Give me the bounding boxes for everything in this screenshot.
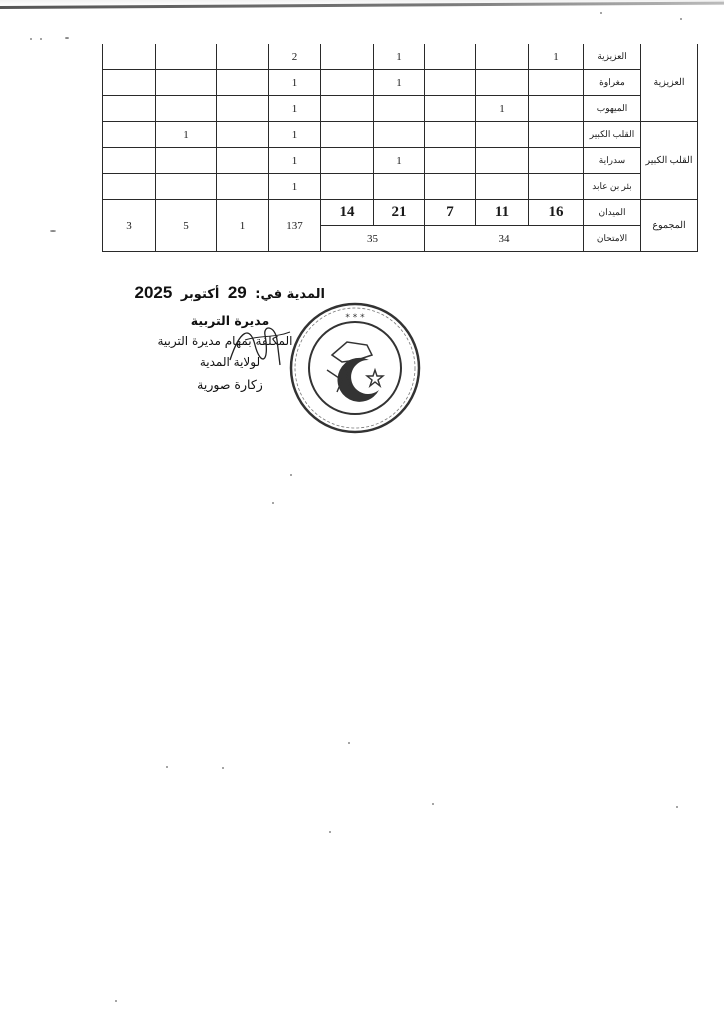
scan-speck [600, 12, 602, 14]
svg-text:* * *: * * * [345, 313, 365, 323]
field-total: 16 [529, 200, 584, 226]
cell [156, 44, 217, 70]
cell [156, 148, 217, 174]
cell [156, 174, 217, 200]
cell [217, 96, 269, 122]
scan-speck [50, 230, 56, 232]
table-row: 2 1 1 العزيزية العزيزية [103, 44, 698, 70]
cell: 1 [269, 148, 321, 174]
scan-speck [290, 474, 292, 476]
cell: 1 [269, 174, 321, 200]
cell [103, 148, 156, 174]
cell [529, 148, 584, 174]
cell: 1 [476, 96, 529, 122]
cell [103, 44, 156, 70]
table-row: 1 1 مغراوة [103, 70, 698, 96]
date-day: 29 [228, 283, 247, 302]
cell [529, 70, 584, 96]
cell [529, 96, 584, 122]
scan-speck [222, 767, 224, 769]
total-cell: 1 [217, 200, 269, 252]
signatory-name: زكارة صورية [160, 377, 300, 392]
cell [374, 122, 425, 148]
date-year: 2025 [134, 283, 172, 302]
exam-total: 34 [425, 226, 584, 252]
scan-speck [40, 38, 42, 40]
field-total: 14 [321, 200, 374, 226]
cell: 2 [269, 44, 321, 70]
cell [476, 44, 529, 70]
cell [217, 148, 269, 174]
date-month: أكتوبر [181, 287, 219, 302]
total-cell: 137 [269, 200, 321, 252]
municipality-name: بئر بن عابد [584, 174, 641, 200]
cell [529, 122, 584, 148]
cell [425, 148, 476, 174]
cell [425, 96, 476, 122]
cell [103, 174, 156, 200]
scan-speck [432, 803, 434, 805]
field-label: الميدان [584, 200, 641, 226]
cell: 1 [374, 148, 425, 174]
cell [156, 70, 217, 96]
cell [321, 148, 374, 174]
total-label: المجموع [641, 200, 698, 252]
field-total: 7 [425, 200, 476, 226]
municipality-name: الميهوب [584, 96, 641, 122]
cell [529, 174, 584, 200]
cell [476, 174, 529, 200]
cell [476, 148, 529, 174]
cell [425, 174, 476, 200]
field-total: 11 [476, 200, 529, 226]
cell: 1 [269, 70, 321, 96]
statistics-table: 2 1 1 العزيزية العزيزية 1 1 مغراوة 1 [102, 44, 698, 252]
cell [374, 96, 425, 122]
table-row: 1 1 الميهوب [103, 96, 698, 122]
municipality-name: مغراوة [584, 70, 641, 96]
scan-speck [329, 831, 331, 833]
cell [156, 96, 217, 122]
exam-label: الامتحان [584, 226, 641, 252]
table-row: 1 1 سدراية [103, 148, 698, 174]
cell [321, 44, 374, 70]
cell [321, 122, 374, 148]
scan-speck [166, 766, 168, 768]
total-cell: 5 [156, 200, 217, 252]
cell [217, 122, 269, 148]
cell: 1 [374, 44, 425, 70]
cell [321, 96, 374, 122]
cell: 1 [269, 96, 321, 122]
cell [321, 70, 374, 96]
cell [217, 174, 269, 200]
table-row: 1 1 القلب الكبير القلب الكبير [103, 122, 698, 148]
scan-speck [65, 37, 69, 39]
district-name: القلب الكبير [641, 122, 698, 200]
municipality-name: سدراية [584, 148, 641, 174]
handwritten-signature [225, 320, 295, 370]
cell [425, 70, 476, 96]
field-total: 21 [374, 200, 425, 226]
cell [217, 44, 269, 70]
exam-total: 35 [321, 226, 425, 252]
cell: 1 [156, 122, 217, 148]
cell [425, 44, 476, 70]
scan-speck [30, 38, 32, 40]
scan-speck [348, 742, 350, 744]
cell [103, 70, 156, 96]
cell [374, 174, 425, 200]
total-row-field: 3 5 1 137 14 21 7 11 16 الميدان المجموع [103, 200, 698, 226]
official-seal-icon: * * * [287, 300, 423, 436]
scan-speck [680, 18, 682, 20]
scan-speck [676, 806, 678, 808]
district-name: العزيزية [641, 44, 698, 122]
municipality-name: العزيزية [584, 44, 641, 70]
cell [103, 122, 156, 148]
cell [476, 122, 529, 148]
total-cell: 3 [103, 200, 156, 252]
scan-speck [115, 1000, 117, 1002]
cell [217, 70, 269, 96]
cell [321, 174, 374, 200]
cell [425, 122, 476, 148]
cell [476, 70, 529, 96]
table-row: 1 بئر بن عابد [103, 174, 698, 200]
municipality-name: القلب الكبير [584, 122, 641, 148]
cell: 1 [529, 44, 584, 70]
scan-speck [272, 502, 274, 504]
cell [103, 96, 156, 122]
cell: 1 [374, 70, 425, 96]
cell: 1 [269, 122, 321, 148]
